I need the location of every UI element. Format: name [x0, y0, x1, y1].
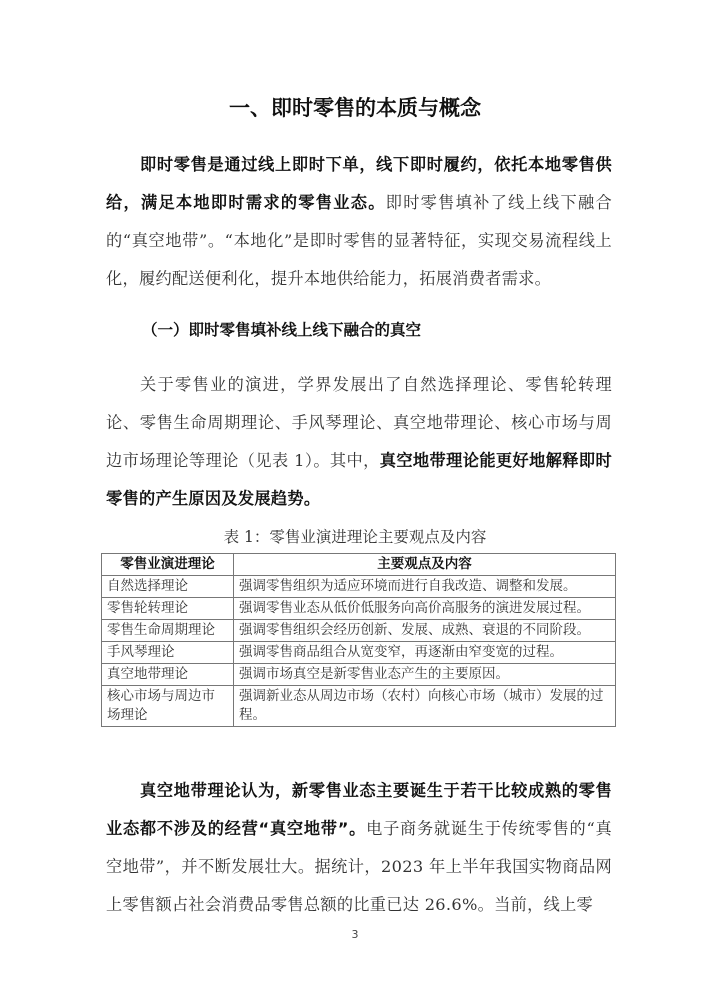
intro-paragraph: 即时零售是通过线上即时下单，线下即时履约，依托本地零售供给，满足本地即时需求的零…: [106, 146, 612, 298]
table-cell-content: 强调零售组织会经历创新、发展、成熟、衰退的不同阶段。: [234, 620, 616, 642]
table-row: 自然选择理论 强调零售组织为适应环境而进行自我改造、调整和发展。: [102, 576, 616, 598]
table-cell-theory: 零售轮转理论: [102, 598, 234, 620]
section-title: 一、即时零售的本质与概念: [0, 92, 710, 122]
table-cell-theory: 核心市场与周边市场理论: [102, 686, 234, 727]
page-number: 3: [0, 928, 710, 941]
table-row: 零售轮转理论 强调零售业态从低价低服务向高价高服务的演进发展过程。: [102, 598, 616, 620]
table-cell-content: 强调零售业态从低价低服务向高价高服务的演进发展过程。: [234, 598, 616, 620]
table-row: 零售生命周期理论 强调零售组织会经历创新、发展、成熟、衰退的不同阶段。: [102, 620, 616, 642]
theory-paragraph: 关于零售业的演进，学界发展出了自然选择理论、零售轮转理论、零售生命周期理论、手风…: [106, 366, 612, 518]
table-cell-content: 强调市场真空是新零售业态产生的主要原因。: [234, 664, 616, 686]
table-cell-content: 强调新业态从周边市场（农村）向核心市场（城市）发展的过程。: [234, 686, 616, 727]
theory-table: 零售业演进理论 主要观点及内容 自然选择理论 强调零售组织为适应环境而进行自我改…: [101, 553, 616, 727]
table-row: 核心市场与周边市场理论 强调新业态从周边市场（农村）向核心市场（城市）发展的过程…: [102, 686, 616, 727]
table-header-row: 零售业演进理论 主要观点及内容: [102, 554, 616, 576]
table-cell-theory: 真空地带理论: [102, 664, 234, 686]
table-row: 真空地带理论 强调市场真空是新零售业态产生的主要原因。: [102, 664, 616, 686]
table-header-content: 主要观点及内容: [234, 554, 616, 576]
table-row: 手风琴理论 强调零售商品组合从宽变窄，再逐渐由窄变宽的过程。: [102, 642, 616, 664]
table-caption: 表 1：零售业演进理论主要观点及内容: [0, 525, 710, 547]
table-cell-theory: 手风琴理论: [102, 642, 234, 664]
table-cell-content: 强调零售商品组合从宽变窄，再逐渐由窄变宽的过程。: [234, 642, 616, 664]
subsection-title: （一）即时零售填补线上线下融合的真空: [142, 318, 421, 340]
table-cell-theory: 零售生命周期理论: [102, 620, 234, 642]
document-page: 一、即时零售的本质与概念 即时零售是通过线上即时下单，线下即时履约，依托本地零售…: [0, 0, 710, 1004]
table-header-theory: 零售业演进理论: [102, 554, 234, 576]
vacuum-zone-paragraph: 真空地带理论认为，新零售业态主要诞生于若干比较成熟的零售业态都不涉及的经营“真空…: [106, 772, 612, 924]
table-cell-content: 强调零售组织为适应环境而进行自我改造、调整和发展。: [234, 576, 616, 598]
table-cell-theory: 自然选择理论: [102, 576, 234, 598]
